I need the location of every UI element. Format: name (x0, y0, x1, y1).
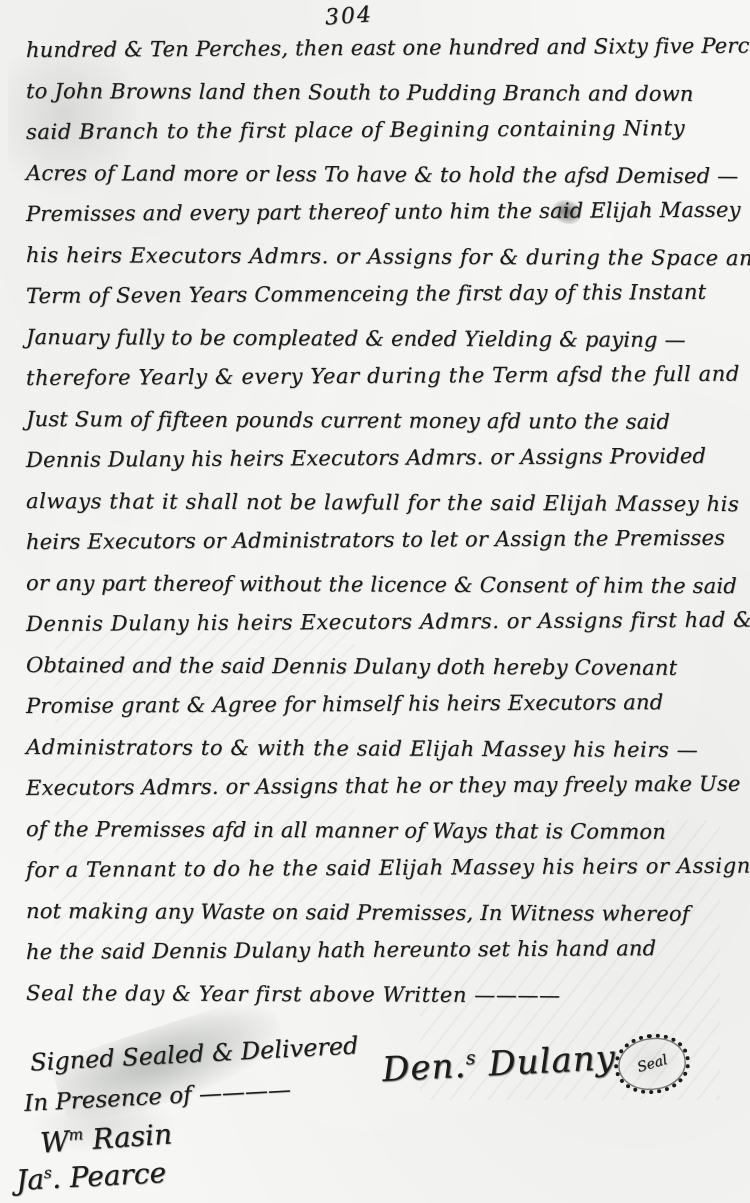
document-lines: hundred & Ten Perches, then east one hun… (26, 30, 738, 1014)
witness-signature: Jas. Pearce (15, 1156, 167, 1197)
witness-suffix: . Pearce (51, 1156, 167, 1195)
document-line: Dennis Dulany his heirs Executors Admrs.… (26, 600, 738, 645)
seal-label: Seal (635, 1052, 669, 1076)
document-line: for a Tennant to do he the said Elijah M… (26, 846, 738, 891)
document-line: Term of Seven Years Commenceing the firs… (26, 272, 738, 317)
signature-prefix: Den. (381, 1046, 467, 1090)
witness-suffix: Rasin (82, 1117, 173, 1156)
witness-prefix: W (39, 1125, 70, 1160)
witness-signature: Wm Rasin (39, 1117, 173, 1159)
document-line: Dennis Dulany his heirs Executors Admrs.… (26, 436, 738, 481)
document-line: Executors Admrs. or Assigns that he or t… (26, 764, 738, 809)
attestation-line: Signed Sealed & Delivered (29, 1031, 359, 1076)
document-line: Premisses and every part thereof unto hi… (26, 190, 738, 235)
witness-prefix: Ja (15, 1162, 45, 1196)
document-line: he the said Dennis Dulany hath hereunto … (26, 928, 738, 973)
attestation-line: In Presence of ———— (24, 1077, 292, 1117)
closing-block: Signed Sealed & Delivered Den.s Dulany S… (0, 1026, 750, 1203)
manuscript-page: 304 hundred & Ten Perches, then east one… (0, 0, 750, 1203)
grantor-signature: Den.s Dulany (381, 1038, 617, 1090)
document-line: hundred & Ten Perches, then east one hun… (26, 26, 738, 71)
document-line: Promise grant & Agree for himself his he… (26, 682, 738, 727)
document-line: Seal the day & Year first above Written … (26, 973, 738, 1017)
document-line: heirs Executors or Administrators to let… (26, 518, 738, 563)
document-line: said Branch to the first place of Begini… (26, 108, 738, 153)
wax-seal-icon: Seal (611, 1030, 693, 1098)
document-line: therefore Yearly & every Year during the… (26, 354, 738, 399)
signature-suffix: Dulany (476, 1038, 617, 1085)
